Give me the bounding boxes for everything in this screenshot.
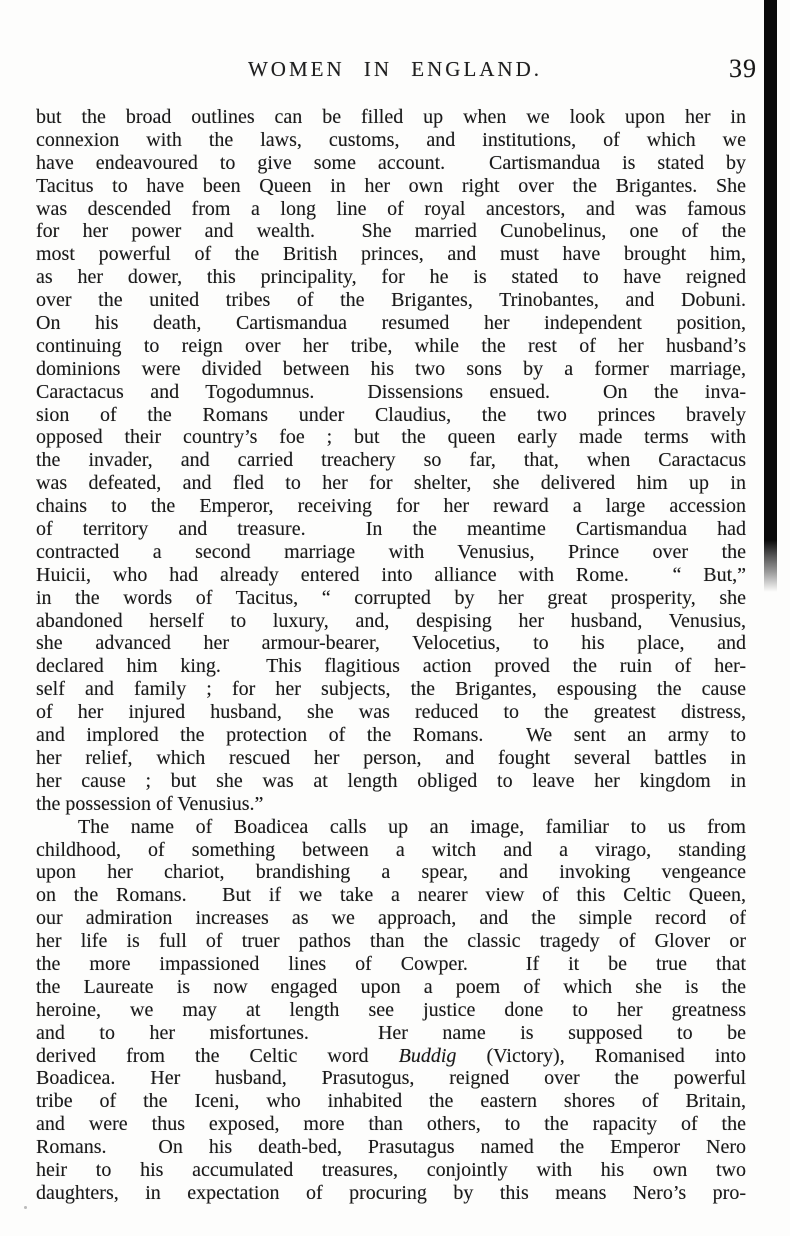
text-line: declared him king. This flagitious actio… xyxy=(36,655,746,678)
text-line: and implored the protection of the Roman… xyxy=(36,724,746,747)
text-line: Romans. On his death-bed, Prasutagus nam… xyxy=(36,1136,746,1159)
text-line: for her power and wealth. She married Cu… xyxy=(36,220,746,243)
text-line: connexion with the laws, customs, and in… xyxy=(36,129,746,152)
text-line: chains to the Emperor, receiving for her… xyxy=(36,495,746,518)
text-line: of her injured husband, she was reduced … xyxy=(36,701,746,724)
text-line: her cause ; but she was at length oblige… xyxy=(36,770,746,793)
text-line: most powerful of the British princes, an… xyxy=(36,243,746,266)
text-line: the invader, and carried treachery so fa… xyxy=(36,449,746,472)
text-line: of territory and treasure. In the meanti… xyxy=(36,518,746,541)
text-line: and to her misfortunes. Her name is supp… xyxy=(36,1022,746,1045)
text-line: Caractacus and Togodumnus. Dissensions e… xyxy=(36,381,746,404)
text-line: abandoned herself to luxury, and, despis… xyxy=(36,610,746,633)
text-line: the more impassioned lines of Cowper. If… xyxy=(36,953,746,976)
running-head-title: WOMEN IN ENGLAND. xyxy=(0,56,790,82)
page-header: WOMEN IN ENGLAND. 39 xyxy=(0,56,790,86)
text-line: her relief, which rescued her person, an… xyxy=(36,747,746,770)
text-line: tribe of the Iceni, who inhabited the ea… xyxy=(36,1090,746,1113)
body-text-column: but the broad outlines can be filled up … xyxy=(36,106,746,1205)
text-line: our admiration increases as we approach,… xyxy=(36,907,746,930)
scanned-book-page: WOMEN IN ENGLAND. 39 but the broad outli… xyxy=(0,0,790,1236)
text-line: Boadicea. Her husband, Prasutogus, reign… xyxy=(36,1067,746,1090)
text-line: continuing to reign over her tribe, whil… xyxy=(36,335,746,358)
text-line: daughters, in expectation of procuring b… xyxy=(36,1182,746,1205)
scan-speck xyxy=(24,1206,27,1209)
text-line: Huicii, who had already entered into all… xyxy=(36,564,746,587)
text-line: Tacitus to have been Queen in her own ri… xyxy=(36,175,746,198)
text-line: in the words of Tacitus, “ corrupted by … xyxy=(36,587,746,610)
text-line: was defeated, and fled to her for shelte… xyxy=(36,472,746,495)
text-line: the Laureate is now engaged upon a poem … xyxy=(36,976,746,999)
text-line: derived from the Celtic word Buddig (Vic… xyxy=(36,1045,746,1068)
text-line: the possession of Venusius.” xyxy=(36,793,746,816)
text-line: dominions were divided between his two s… xyxy=(36,358,746,381)
text-line: heroine, we may at length see justice do… xyxy=(36,999,746,1022)
text-line: childhood, of something between a witch … xyxy=(36,839,746,862)
text-line: contracted a second marriage with Venusi… xyxy=(36,541,746,564)
text-line: self and family ; for her subjects, the … xyxy=(36,678,746,701)
text-line: heir to his accumulated treasures, conjo… xyxy=(36,1159,746,1182)
text-line: was descended from a long line of royal … xyxy=(36,198,746,221)
text-line: and were thus exposed, more than others,… xyxy=(36,1113,746,1136)
text-line: on the Romans. But if we take a nearer v… xyxy=(36,884,746,907)
text-line: sion of the Romans under Claudius, the t… xyxy=(36,404,746,427)
text-line: have endeavoured to give some account. C… xyxy=(36,152,746,175)
italic-text: Buddig xyxy=(399,1045,457,1067)
text-line: upon her chariot, brandishing a spear, a… xyxy=(36,861,746,884)
text-line: but the broad outlines can be filled up … xyxy=(36,106,746,129)
scan-edge-artifact-bar xyxy=(764,0,777,592)
text-line: she advanced her armour-bearer, Veloceti… xyxy=(36,632,746,655)
text-line: opposed their country’s foe ; but the qu… xyxy=(36,426,746,449)
text-line: her life is full of truer pathos than th… xyxy=(36,930,746,953)
text-line: as her dower, this principality, for he … xyxy=(36,266,746,289)
text-line: On his death, Cartismandua resumed her i… xyxy=(36,312,746,335)
page-number: 39 xyxy=(729,54,757,84)
text-line: The name of Boadicea calls up an image, … xyxy=(36,816,746,839)
text-line: over the united tribes of the Brigantes,… xyxy=(36,289,746,312)
